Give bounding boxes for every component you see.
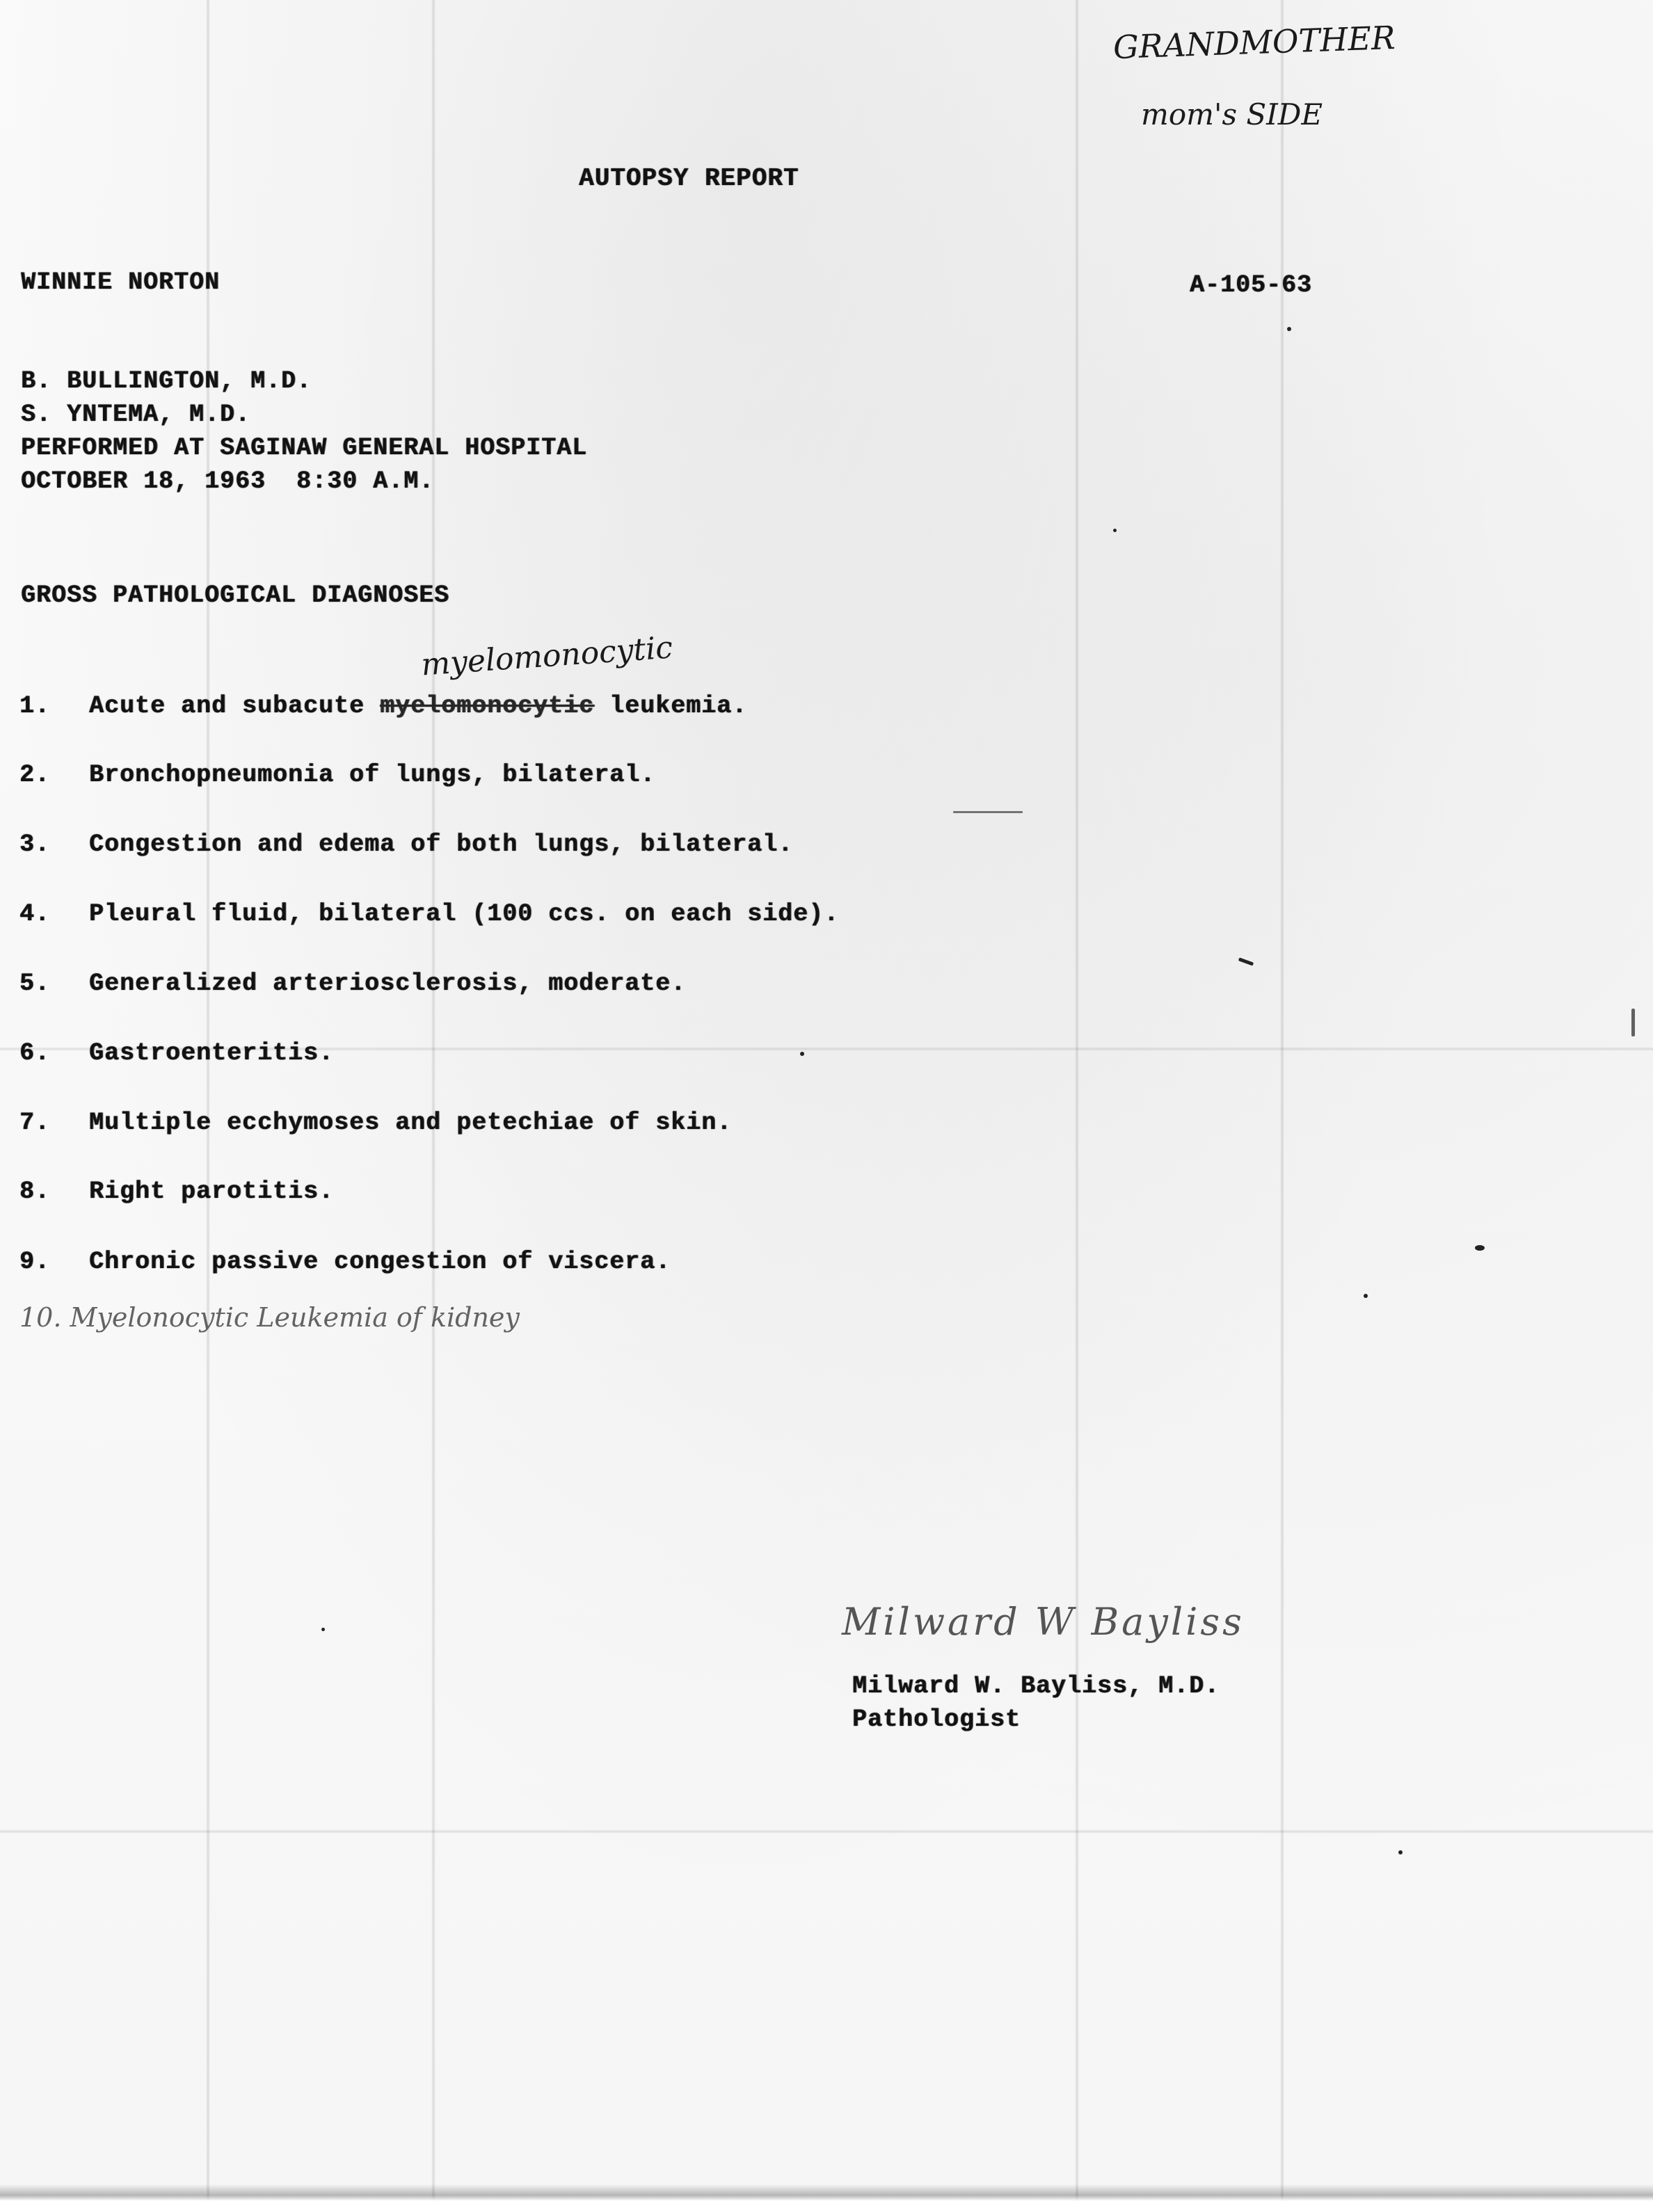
scan-speck bbox=[1364, 1294, 1368, 1298]
diagnosis-number: 7. bbox=[19, 1109, 89, 1137]
diagnosis-text: Congestion and edema of both lungs, bila… bbox=[89, 831, 793, 858]
fold-line bbox=[1075, 0, 1079, 2212]
diagnosis-text: Bronchopneumonia of lungs, bilateral. bbox=[89, 761, 655, 789]
fold-line bbox=[206, 0, 210, 2212]
diagnosis-item: 5.Generalized arteriosclerosis, moderate… bbox=[19, 970, 686, 997]
diagnosis-text: Multiple ecchymoses and petechiae of ski… bbox=[89, 1109, 732, 1137]
fold-line bbox=[0, 1829, 1653, 1834]
scanned-page: GRANDMOTHER mom's SIDE AUTOPSY REPORT WI… bbox=[0, 0, 1653, 2212]
handwritten-correction: myelomonocytic bbox=[420, 630, 674, 682]
diagnosis-text: Right parotitis. bbox=[89, 1178, 334, 1205]
diagnosis-item: 6.Gastroenteritis. bbox=[19, 1039, 334, 1067]
date-time: OCTOBER 18, 1963 8:30 A.M. bbox=[21, 467, 434, 495]
diagnosis-number: 2. bbox=[19, 761, 89, 789]
struck-text: myelomonocytic bbox=[380, 692, 594, 720]
page-bottom-edge bbox=[0, 2184, 1653, 2212]
pathologist-title: Pathologist bbox=[852, 1706, 1021, 1733]
diagnosis-number: 3. bbox=[19, 831, 89, 858]
performed-at: PERFORMED AT SAGINAW GENERAL HOSPITAL bbox=[21, 434, 587, 462]
scan-speck bbox=[1113, 529, 1117, 532]
handwritten-note-side: mom's SIDE bbox=[1141, 97, 1323, 131]
diagnosis-item: 9.Chronic passive congestion of viscera. bbox=[19, 1248, 671, 1276]
diagnosis-item: 7.Multiple ecchymoses and petechiae of s… bbox=[19, 1109, 732, 1137]
diagnosis-number: 6. bbox=[19, 1039, 89, 1067]
handwritten-diagnosis-10: 10. Myelonocytic Leukemia of kidney bbox=[19, 1302, 520, 1333]
diagnosis-item: 2.Bronchopneumonia of lungs, bilateral. bbox=[19, 761, 655, 789]
diagnosis-number: 1. bbox=[19, 692, 89, 720]
report-title: AUTOPSY REPORT bbox=[579, 164, 799, 193]
diagnosis-item: 1.Acute and subacute myelomonocytic leuk… bbox=[19, 692, 747, 720]
scan-speck bbox=[1398, 1850, 1403, 1854]
pathologist-name: Milward W. Bayliss, M.D. bbox=[852, 1672, 1220, 1700]
diagnosis-item: 3.Congestion and edema of both lungs, bi… bbox=[19, 831, 793, 858]
scan-speck bbox=[953, 811, 1023, 813]
scan-speck bbox=[800, 1052, 804, 1056]
diagnosis-text-end: leukemia. bbox=[594, 692, 747, 720]
diagnosis-number: 8. bbox=[19, 1178, 89, 1205]
diagnosis-number: 4. bbox=[19, 900, 89, 928]
handwritten-note-relation: GRANDMOTHER bbox=[1112, 19, 1396, 66]
diagnosis-number: 9. bbox=[19, 1248, 89, 1276]
physician-1: B. BULLINGTON, M.D. bbox=[21, 367, 312, 395]
fold-line bbox=[431, 0, 436, 2212]
scan-speck bbox=[321, 1628, 325, 1631]
scan-speck bbox=[1631, 1009, 1635, 1036]
diagnosis-text: Generalized arteriosclerosis, moderate. bbox=[89, 970, 686, 997]
diagnosis-text: Acute and subacute bbox=[89, 692, 380, 720]
case-number: A-105-63 bbox=[1190, 271, 1312, 299]
scan-speck bbox=[1475, 1245, 1485, 1251]
patient-name: WINNIE NORTON bbox=[21, 269, 220, 296]
physician-2: S. YNTEMA, M.D. bbox=[21, 401, 250, 428]
diagnosis-text: Pleural fluid, bilateral (100 ccs. on ea… bbox=[89, 900, 839, 928]
diagnosis-text: Chronic passive congestion of viscera. bbox=[89, 1248, 671, 1276]
scan-speck bbox=[1287, 327, 1291, 331]
diagnosis-number: 5. bbox=[19, 970, 89, 997]
scan-speck bbox=[1238, 957, 1254, 965]
diagnosis-text: Gastroenteritis. bbox=[89, 1039, 334, 1067]
diagnosis-item: 4.Pleural fluid, bilateral (100 ccs. on … bbox=[19, 900, 839, 928]
section-heading: GROSS PATHOLOGICAL DIAGNOSES bbox=[21, 582, 449, 609]
diagnosis-item: 8.Right parotitis. bbox=[19, 1178, 334, 1205]
fold-line bbox=[1280, 0, 1284, 2212]
handwritten-signature: Milward W Bayliss bbox=[842, 1600, 1245, 1644]
